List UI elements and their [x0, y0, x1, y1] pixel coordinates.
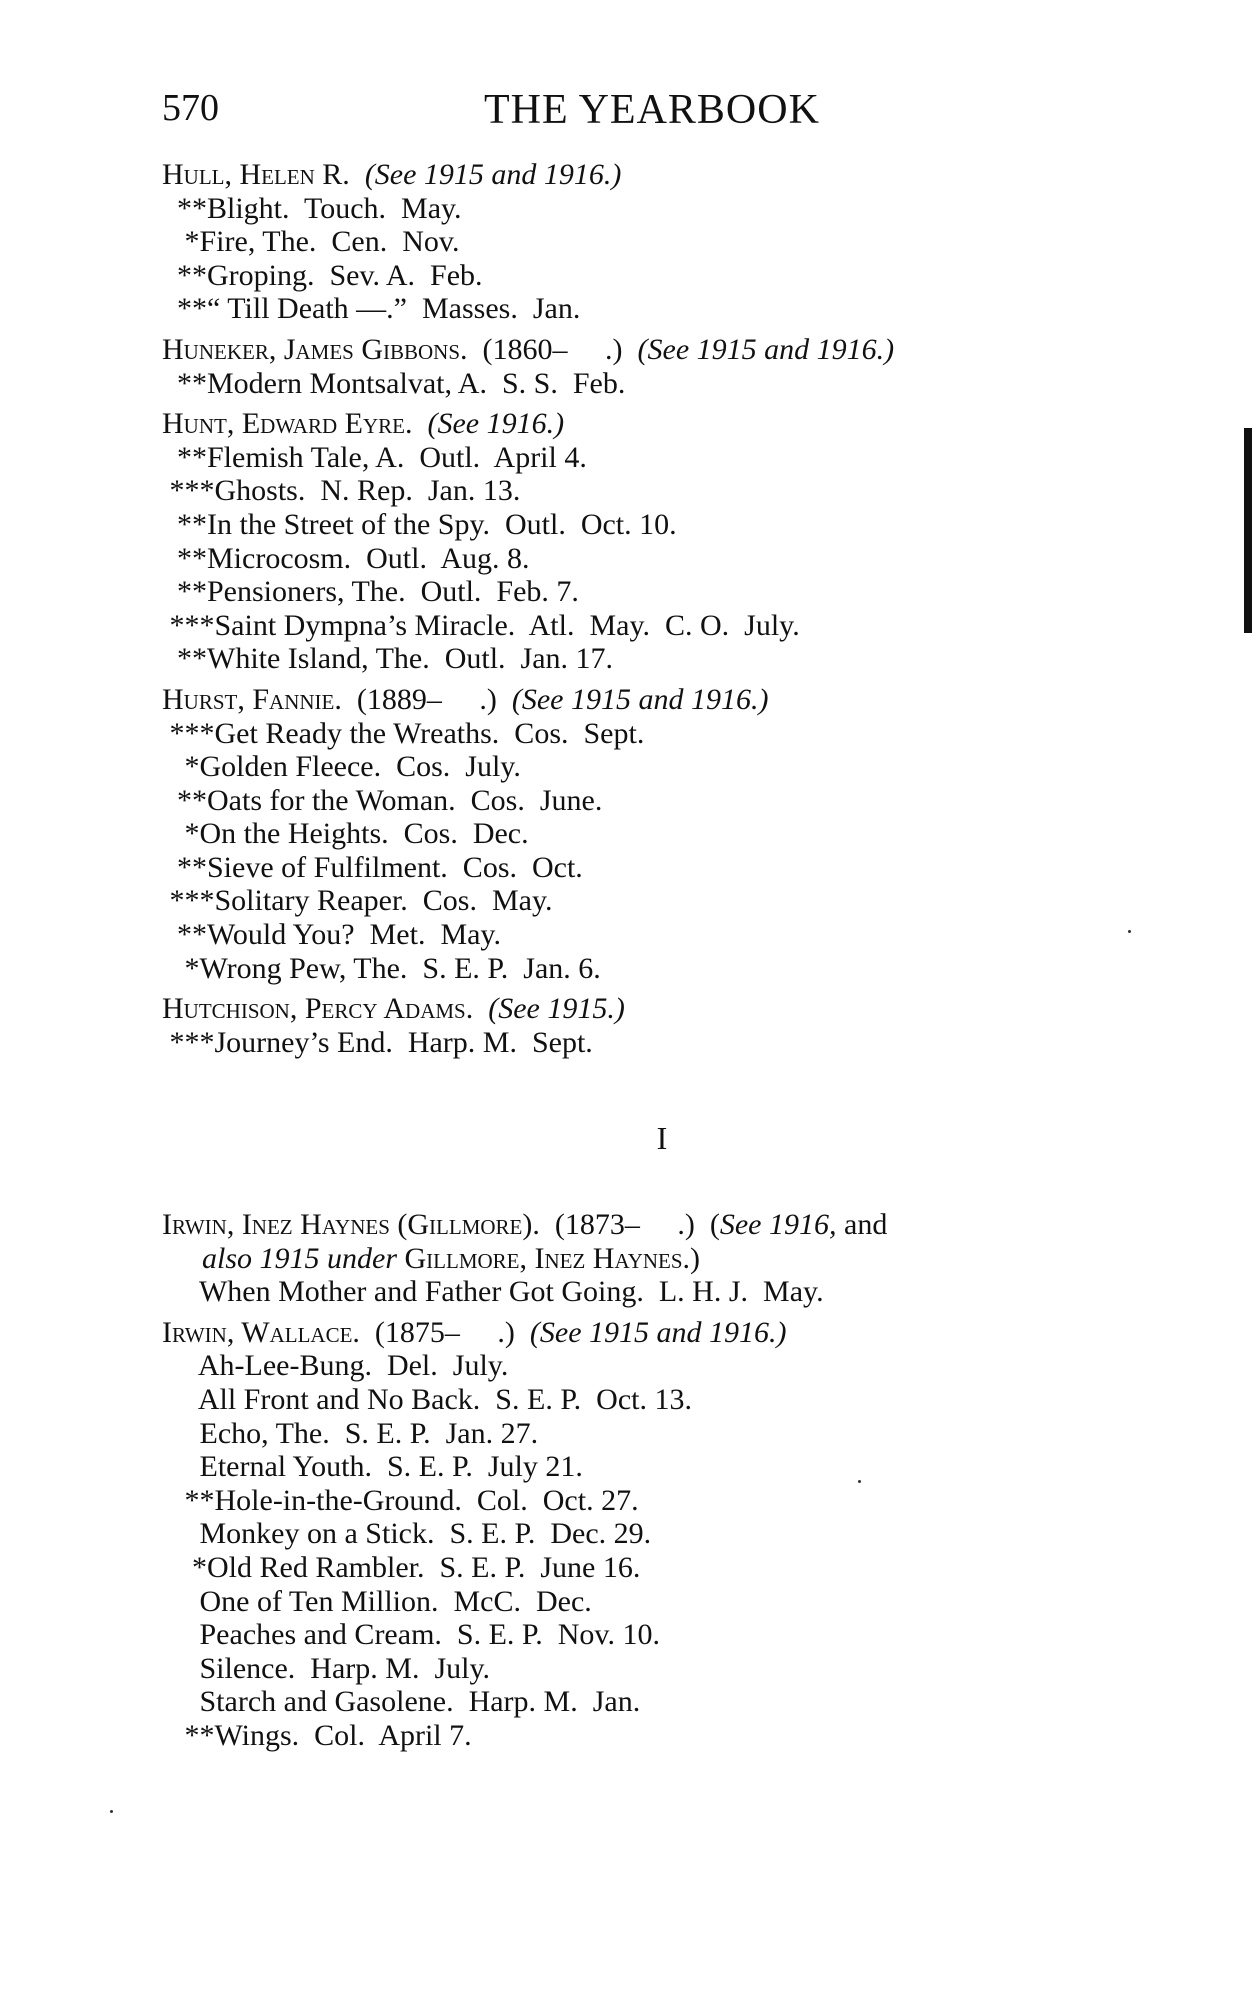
author-maiden-name: Gillmore — [407, 1208, 522, 1241]
story-item: Starch and Gasolene. Harp. M. Jan. — [162, 1685, 1202, 1719]
author-name: Hunt, Edward Eyre. — [162, 407, 412, 440]
cross-reference: (See 1915 and 1916.) — [365, 158, 622, 191]
story-item: **Blight. Touch. May. — [162, 192, 1202, 226]
alias-name: Gillmore, Inez Haynes. — [397, 1242, 690, 1275]
story-item: Peaches and Cream. S. E. P. Nov. 10. — [162, 1618, 1202, 1652]
story-item: ***Solitary Reaper. Cos. May. — [162, 884, 1202, 918]
author-name: Irwin, Wallace. — [162, 1316, 360, 1349]
author-heading: Hunt, Edward Eyre. (See 1916.) — [162, 407, 1202, 441]
story-item: *Golden Fleece. Cos. July. — [162, 750, 1202, 784]
author-name: Irwin, Inez Haynes — [162, 1208, 390, 1241]
author-dates: (1860– .) — [468, 333, 623, 366]
book-page: 570 THE YEARBOOK Hull, Helen R. (See 191… — [0, 0, 1260, 1992]
author-entry: Hutchison, Percy Adams. (See 1915.) ***J… — [162, 992, 1202, 1059]
author-entry: Huneker, James Gibbons. (1860– .) (See 1… — [162, 333, 1202, 400]
cross-reference: See 1916, — [720, 1208, 837, 1241]
cross-reference: (See 1915.) — [473, 992, 625, 1025]
scan-speck — [858, 1480, 861, 1483]
author-name: Hutchison, Percy Adams. — [162, 992, 473, 1025]
story-item: *On the Heights. Cos. Dec. — [162, 817, 1202, 851]
author-dates: (1889– .) — [342, 683, 497, 716]
story-item: ***Ghosts. N. Rep. Jan. 13. — [162, 474, 1202, 508]
story-item: **Hole-in-the-Ground. Col. Oct. 27. — [162, 1484, 1202, 1518]
story-item: *Fire, The. Cen. Nov. — [162, 225, 1202, 259]
story-item: All Front and No Back. S. E. P. Oct. 13. — [162, 1383, 1202, 1417]
author-heading-continued: also 1915 under Gillmore, Inez Haynes.) — [162, 1242, 1202, 1276]
story-item: **Flemish Tale, A. Outl. April 4. — [162, 441, 1202, 475]
story-item: **Pensioners, The. Outl. Feb. 7. — [162, 575, 1202, 609]
cross-reference: also 1915 under — [202, 1242, 397, 1275]
story-item: ***Get Ready the Wreaths. Cos. Sept. — [162, 717, 1202, 751]
author-heading: Huneker, James Gibbons. (1860– .) (See 1… — [162, 333, 1202, 367]
cross-reference-tail: and — [837, 1208, 888, 1241]
story-item: Silence. Harp. M. July. — [162, 1652, 1202, 1686]
story-item: **Modern Montsalvat, A. S. S. Feb. — [162, 367, 1202, 401]
cross-reference-close: ) — [690, 1242, 700, 1275]
story-item: **Sieve of Fulfilment. Cos. Oct. — [162, 851, 1202, 885]
story-item: Echo, The. S. E. P. Jan. 27. — [162, 1417, 1202, 1451]
story-item: Monkey on a Stick. S. E. P. Dec. 29. — [162, 1517, 1202, 1551]
author-name: Huneker, James Gibbons. — [162, 333, 468, 366]
author-name: Hull, Helen R. — [162, 158, 350, 191]
author-entry: Hurst, Fannie. (1889– .) (See 1915 and 1… — [162, 683, 1202, 985]
author-dates: (1875– .) — [360, 1316, 515, 1349]
author-heading: Hutchison, Percy Adams. (See 1915.) — [162, 992, 1202, 1026]
scan-speck — [1128, 930, 1131, 933]
running-title: THE YEARBOOK — [484, 86, 820, 134]
author-entry: Irwin, Inez Haynes (Gillmore). (1873– .)… — [162, 1208, 1202, 1309]
story-item: Eternal Youth. S. E. P. July 21. — [162, 1450, 1202, 1484]
page-header: 570 THE YEARBOOK — [162, 86, 1042, 136]
story-item: **Would You? Met. May. — [162, 918, 1202, 952]
story-item: One of Ten Million. McC. Dec. — [162, 1585, 1202, 1619]
author-heading: Hurst, Fannie. (1889– .) (See 1915 and 1… — [162, 683, 1202, 717]
page-number: 570 — [162, 86, 219, 130]
cross-reference: (See 1915 and 1916.) — [515, 1316, 787, 1349]
story-item: Ah-Lee-Bung. Del. July. — [162, 1349, 1202, 1383]
author-entry: Hull, Helen R. (See 1915 and 1916.) **Bl… — [162, 158, 1202, 326]
story-item: **Groping. Sev. A. Feb. — [162, 259, 1202, 293]
scan-speck — [110, 1810, 113, 1813]
cross-reference: (See 1915 and 1916.) — [623, 333, 895, 366]
story-item: **Oats for the Woman. Cos. June. — [162, 784, 1202, 818]
story-item: ***Saint Dympna’s Miracle. Atl. May. C. … — [162, 609, 1202, 643]
story-item: When Mother and Father Got Going. L. H. … — [162, 1275, 1202, 1309]
story-item: **Microcosm. Outl. Aug. 8. — [162, 542, 1202, 576]
scan-edge-mark — [1244, 428, 1252, 633]
author-entry: Hunt, Edward Eyre. (See 1916.) **Flemish… — [162, 407, 1202, 676]
author-heading: Hull, Helen R. (See 1915 and 1916.) — [162, 158, 1202, 192]
story-item: *Wrong Pew, The. S. E. P. Jan. 6. — [162, 952, 1202, 986]
page-body: Hull, Helen R. (See 1915 and 1916.) **Bl… — [162, 158, 1202, 1760]
cross-reference: (See 1915 and 1916.) — [497, 683, 769, 716]
story-item: **Wings. Col. April 7. — [162, 1719, 1202, 1753]
author-name: Hurst, Fannie. — [162, 683, 342, 716]
author-heading: Irwin, Wallace. (1875– .) (See 1915 and … — [162, 1316, 1202, 1350]
cross-reference: (See 1916.) — [412, 407, 564, 440]
story-item: ***Journey’s End. Harp. M. Sept. — [162, 1026, 1202, 1060]
story-item: *Old Red Rambler. S. E. P. June 16. — [162, 1551, 1202, 1585]
author-heading: Irwin, Inez Haynes (Gillmore). (1873– .)… — [162, 1208, 1202, 1242]
story-item: **“ Till Death —.” Masses. Jan. — [162, 292, 1202, 326]
author-dates: . (1873– .) ( — [532, 1208, 719, 1241]
story-item: **White Island, The. Outl. Jan. 17. — [162, 642, 1202, 676]
author-entry: Irwin, Wallace. (1875– .) (See 1915 and … — [162, 1316, 1202, 1753]
section-letter: I — [122, 1066, 1202, 1208]
story-item: **In the Street of the Spy. Outl. Oct. 1… — [162, 508, 1202, 542]
